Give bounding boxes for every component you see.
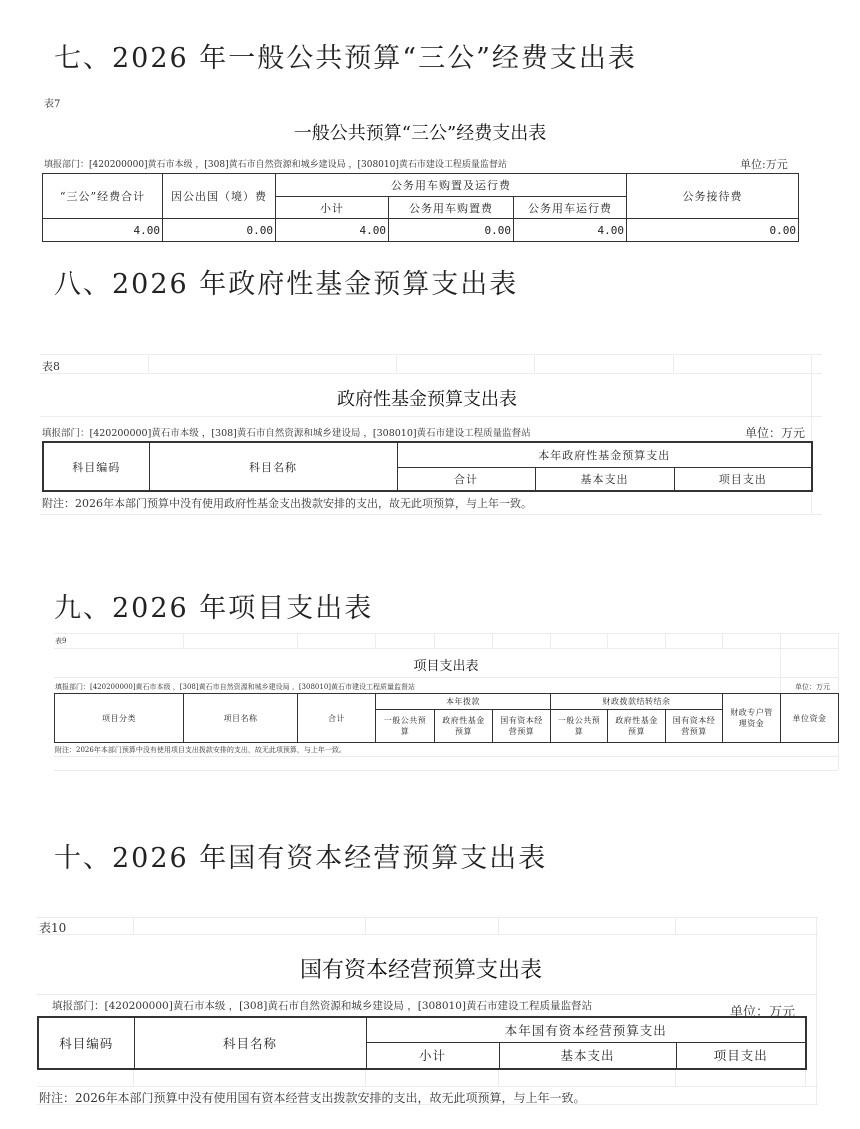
note-10: 附注：2026年本部门预算中没有使用国有资本经营支出拨款安排的支出，故无此项预算…: [39, 1089, 586, 1106]
header-current-group: 本年拨款: [376, 694, 551, 710]
table-tag-10: 表10: [39, 919, 66, 936]
header-name: 科目名称: [149, 442, 397, 491]
header-subtotal: 小计: [366, 1042, 499, 1069]
section-heading-10: 十、2026 年国有资本经营预算支出表: [54, 836, 547, 875]
gov-fund-table: 科目编码 科目名称 本年政府性基金预算支出 合计 基本支出 项目支出: [42, 441, 813, 492]
table-title-8: 政府性基金预算支出表: [42, 385, 812, 411]
cell-total: 4.00: [43, 219, 163, 242]
note-8: 附注：2026年本部门预算中没有使用政府性基金支出拨款安排的支出，故无此项预算，…: [42, 495, 532, 511]
header-carry-group: 财政拨款结转结余: [551, 694, 723, 710]
table-title-9: 项目支出表: [54, 655, 838, 674]
header-basic: 基本支出: [535, 467, 674, 491]
header-vehicle-operation: 公务用车运行费: [514, 197, 627, 219]
header-carry-state-capital: 国有资本经营预算: [666, 710, 723, 743]
table-tag-8: 表8: [42, 358, 60, 374]
table-row: 4.00 0.00 4.00 0.00 4.00 0.00: [43, 219, 799, 242]
header-total: “三公”经费合计: [43, 174, 163, 219]
header-current-fund: 政府性基金预算: [435, 710, 493, 743]
unit-label-9: 单位：万元: [795, 682, 830, 692]
header-group: 本年国有资本经营预算支出: [366, 1017, 806, 1042]
unit-label-8: 单位：万元: [745, 424, 805, 441]
header-carry-fund: 政府性基金预算: [608, 710, 666, 743]
header-code: 科目编码: [38, 1017, 134, 1069]
section-heading-7: 七、2026 年一般公共预算“三公”经费支出表: [54, 36, 637, 75]
header-group: 本年政府性基金预算支出: [397, 442, 812, 467]
table-title-10: 国有资本经营预算支出表: [37, 953, 805, 984]
filler-dept-10: 填报部门：[420200000]黄石市本级 ，[308]黄石市自然资源和城乡建设…: [52, 998, 592, 1013]
header-code: 科目编码: [43, 442, 149, 491]
header-abroad: 因公出国（境）费: [163, 174, 276, 219]
filler-dept-8: 填报部门：[420200000]黄石市本级 ，[308]黄石市自然资源和城乡建设…: [42, 425, 531, 439]
filler-dept-9: 填报部门：[420200000]黄石市本级 ，[308]黄石市自然资源和城乡建设…: [55, 682, 415, 692]
header-special: 财政专户管理资金: [723, 694, 781, 743]
note-9: 附注：2026年本部门预算中没有使用项目支出拨款安排的支出，故无此项预算，与上年…: [55, 745, 346, 755]
project-expense-table: 项目分类 项目名称 合计 本年拨款 财政拨款结转结余 财政专户管理资金 单位资金…: [54, 693, 839, 743]
header-unit-funds: 单位资金: [781, 694, 839, 743]
cell-reception: 0.00: [627, 219, 799, 242]
header-name: 科目名称: [134, 1017, 366, 1069]
header-total: 合计: [397, 467, 535, 491]
header-basic: 基本支出: [499, 1042, 676, 1069]
header-project: 项目支出: [676, 1042, 806, 1069]
header-current-general: 一般公共预算: [376, 710, 435, 743]
header-vehicle-purchase: 公务用车购置费: [389, 197, 514, 219]
section-heading-8: 八、2026 年政府性基金预算支出表: [54, 262, 518, 301]
state-capital-table: 科目编码 科目名称 本年国有资本经营预算支出 小计 基本支出 项目支出: [37, 1016, 807, 1070]
cell-vehicle-subtotal: 4.00: [276, 219, 389, 242]
cell-abroad: 0.00: [163, 219, 276, 242]
header-total: 合计: [298, 694, 376, 743]
header-reception: 公务接待费: [627, 174, 799, 219]
section-heading-9: 九、2026 年项目支出表: [54, 586, 373, 625]
header-current-state-capital: 国有资本经营预算: [493, 710, 551, 743]
table-tag-9: 表9: [55, 636, 66, 646]
table-title-7: 一般公共预算“三公”经费支出表: [42, 119, 798, 145]
filler-dept-7: 填报部门：[420200000]黄石市本级 ，[308]黄石市自然资源和城乡建设…: [44, 157, 507, 170]
header-carry-general: 一般公共预算: [551, 710, 608, 743]
header-vehicle-subtotal: 小计: [276, 197, 389, 219]
header-name: 项目名称: [184, 694, 298, 743]
cell-vehicle-purchase: 0.00: [389, 219, 514, 242]
table-tag-7: 表7: [44, 95, 60, 110]
header-vehicle-group: 公务用车购置及运行费: [276, 174, 627, 197]
three-public-expense-table: “三公”经费合计 因公出国（境）费 公务用车购置及运行费 公务接待费 小计 公务…: [42, 173, 799, 242]
header-category: 项目分类: [55, 694, 184, 743]
cell-vehicle-operation: 4.00: [514, 219, 627, 242]
unit-label-7: 单位:万元: [740, 156, 788, 172]
header-project: 项目支出: [674, 467, 812, 491]
